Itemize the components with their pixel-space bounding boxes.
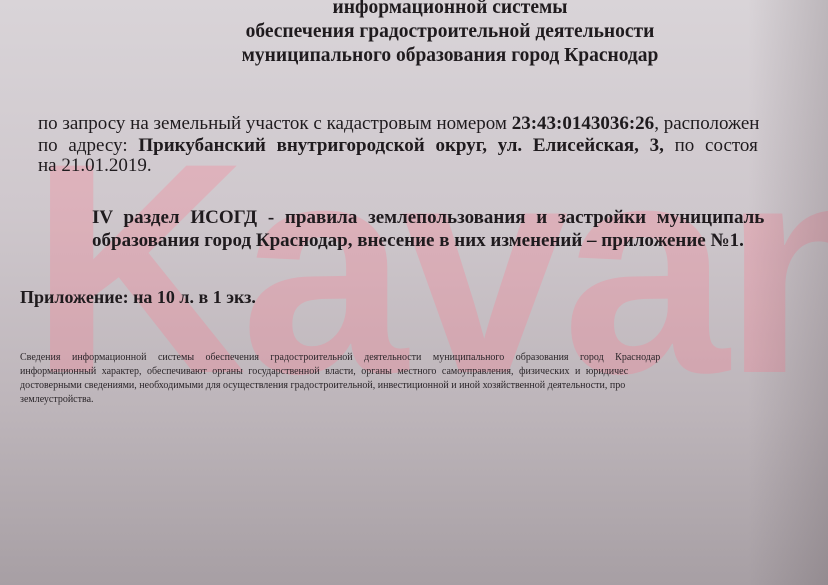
request-text: по адресу: — [38, 135, 138, 156]
document-header: информационной системы обеспечения градо… — [0, 0, 828, 68]
request-text: по состоя — [664, 135, 758, 156]
header-line-1: информационной системы — [0, 0, 828, 20]
address: Прикубанский внутригородской округ, ул. … — [138, 135, 663, 156]
section-line-2: образования город Краснодар, внесение в … — [92, 230, 744, 252]
footnote-line-1: Сведения информационной системы обеспече… — [20, 352, 660, 363]
header-line-2: обеспечения градостроительной деятельнос… — [0, 20, 828, 44]
request-text: , расположен — [654, 113, 759, 134]
request-line-3: на 21.01.2019. — [38, 155, 152, 177]
request-text: по запросу на земельный участок с кадаст… — [38, 113, 512, 134]
footnote-line-3: достоверными сведениями, необходимыми дл… — [20, 380, 625, 391]
request-line-1: по запросу на земельный участок с кадаст… — [38, 113, 759, 135]
request-line-2: по адресу: Прикубанский внутригородской … — [38, 135, 758, 157]
request-text: на — [38, 155, 61, 176]
request-text: . — [147, 155, 152, 176]
header-line-3: муниципального образования город Краснод… — [0, 44, 828, 68]
attachment-note: Приложение: на 10 л. в 1 экз. — [20, 287, 256, 308]
request-date: 21.01.2019 — [61, 155, 147, 176]
cadastral-number: 23:43:0143036:26 — [512, 113, 654, 134]
footnote-line-2: информационный характер, обеспечивают ор… — [20, 366, 628, 377]
page-shadow — [748, 0, 828, 585]
footnote-line-4: землеустройства. — [20, 394, 94, 405]
section-line-1: IV раздел ИСОГД - правила землепользован… — [92, 207, 764, 229]
